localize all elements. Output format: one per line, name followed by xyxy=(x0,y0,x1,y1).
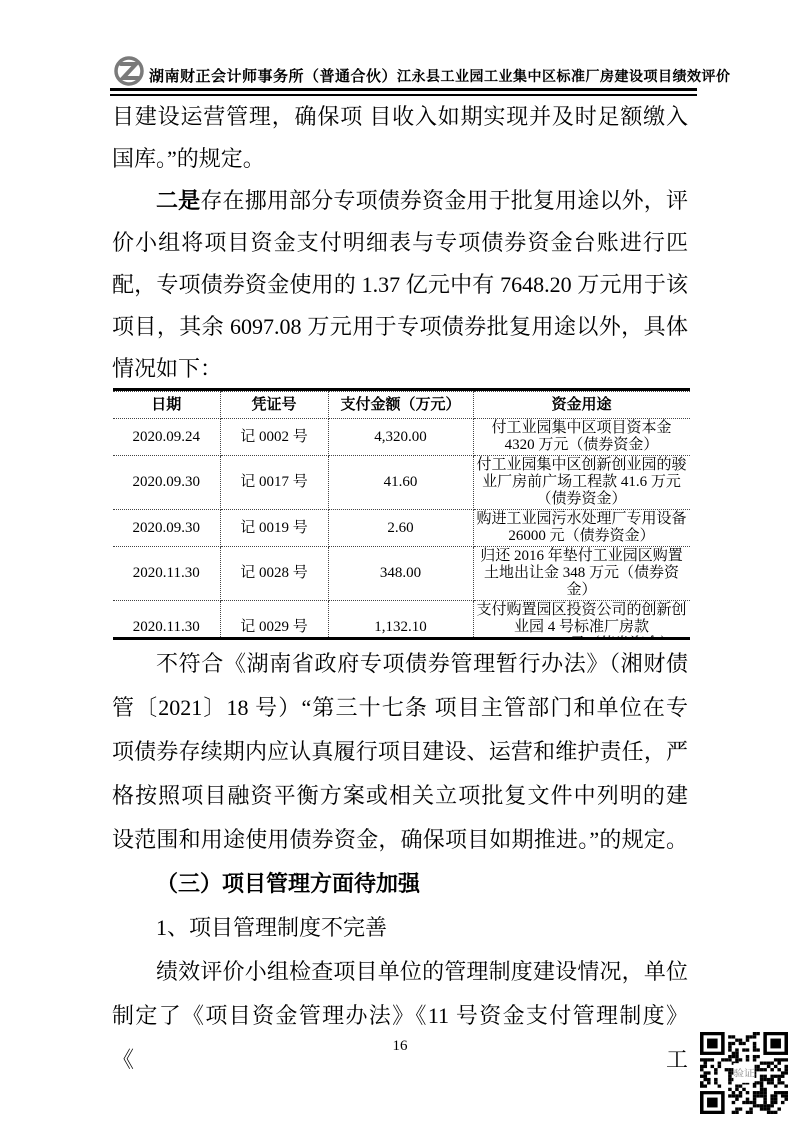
table-cell: 2020.09.30 xyxy=(113,456,220,510)
table-cell: 记 0019 号 xyxy=(220,510,328,547)
paragraph-line-4: 价小组将项目资金支付明细表与专项债券资金台账进行匹 xyxy=(112,222,688,264)
paragraph-line-2: 管〔2021〕18 号）“第三十七条 项目主管部门和单位在专 xyxy=(112,686,688,730)
payment-detail-table-wrap: 日期凭证号支付金额（万元）资金用途2020.09.24记 0002 号4,320… xyxy=(113,388,690,640)
table-cell: 支付购置园区投资公司的创新创业园 4 号标准厂房款 11320994.66 元（… xyxy=(473,601,690,641)
table-header-row: 日期凭证号支付金额（万元）资金用途 xyxy=(113,392,690,419)
table-header-cell-4: 资金用途 xyxy=(473,392,690,419)
paragraph-line-3: 二是存在挪用部分专项债券资金用于批复用途以外，评 xyxy=(112,180,688,222)
body-text-block-2: 不符合《湖南省政府专项债券管理暂行办法》（湘财债管〔2021〕18 号）“第三十… xyxy=(112,642,688,1082)
table-header-cell-3: 支付金额（万元） xyxy=(328,392,473,419)
table-cell: 记 0002 号 xyxy=(220,419,328,456)
table-cell: 购进工业园污水处理厂专用设备 26000 元（债券资金） xyxy=(473,510,690,547)
firm-name: 湖南财正会计师事务所（普通合伙） xyxy=(149,65,397,88)
paragraph-line-6: 项目，其余 6097.08 万元用于专项债券批复用途以外，具体 xyxy=(112,306,688,348)
table-cell: 付工业园集中区项目资本金 4320 万元（债券资金） xyxy=(473,419,690,456)
qr-center-label: 验证 xyxy=(733,1067,754,1080)
table-cell: 2020.11.30 xyxy=(113,547,220,601)
paragraph-line-1: 目建设运营管理，确保项 目收入如期实现并及时足额缴入 xyxy=(112,96,688,138)
table-row-2: 2020.09.30记 0017 号41.60付工业园集中区创新创业园的骏业厂房… xyxy=(113,456,690,510)
bold-lead-text: 二是 xyxy=(156,188,200,213)
table-row-4: 2020.11.30记 0028 号348.00归还 2016 年垫付工业园区购… xyxy=(113,547,690,601)
paragraph-line-1: 不符合《湖南省政府专项债券管理暂行办法》（湘财债 xyxy=(112,642,688,686)
table-row-3: 2020.09.30记 0019 号2.60购进工业园污水处理厂专用设备 260… xyxy=(113,510,690,547)
document-page: 湖南财正会计师事务所（普通合伙） 江永县工业园工业集中区标准厂房建设项目绩效评价… xyxy=(0,0,793,1122)
verification-qr-code: 验证 xyxy=(700,1032,788,1114)
report-title: 江永县工业园工业集中区标准厂房建设项目绩效评价 xyxy=(397,66,731,88)
paragraph-line-4: 格按照项目融资平衡方案或相关立项批复文件中列明的建 xyxy=(112,774,688,818)
table-cell: 2.60 xyxy=(328,510,473,547)
table-cell: 1,132.10 xyxy=(328,601,473,641)
table-cell: 记 0029 号 xyxy=(220,601,328,641)
paragraph-line-2: 国库。”的规定。 xyxy=(112,138,688,180)
table-cell: 归还 2016 年垫付工业园区购置土地出让金 348 万元（债券资金） xyxy=(473,547,690,601)
header-divider xyxy=(110,88,697,96)
paragraph-line-3: 项债券存续期内应认真履行项目建设、运营和维护责任，严 xyxy=(112,730,688,774)
page-header: 湖南财正会计师事务所（普通合伙） 江永县工业园工业集中区标准厂房建设项目绩效评价 xyxy=(112,54,694,88)
table-cell: 2020.11.30 xyxy=(113,601,220,641)
firm-logo-icon xyxy=(112,54,146,88)
paragraph-line-6: （三）项目管理方面待加强 xyxy=(112,862,688,906)
table-cell: 记 0028 号 xyxy=(220,547,328,601)
table-cell: 348.00 xyxy=(328,547,473,601)
paragraph-line-7: 1、项目管理制度不完善 xyxy=(112,906,688,950)
paragraph-line-7: 情况如下： xyxy=(112,348,688,390)
table-cell: 付工业园集中区创新创业园的骏业厂房前广场工程款 41.6 万元（债券资金） xyxy=(473,456,690,510)
table-cell: 4,320.00 xyxy=(328,419,473,456)
payment-detail-table: 日期凭证号支付金额（万元）资金用途2020.09.24记 0002 号4,320… xyxy=(113,391,690,640)
body-text-block-1: 目建设运营管理，确保项 目收入如期实现并及时足额缴入国库。”的规定。二是存在挪用… xyxy=(112,96,688,390)
table-cell: 2020.09.30 xyxy=(113,510,220,547)
table-header-cell-2: 凭证号 xyxy=(220,392,328,419)
table-header-cell-1: 日期 xyxy=(113,392,220,419)
paragraph-line-5: 配，专项债券资金使用的 1.37 亿元中有 7648.20 万元用于该 xyxy=(112,264,688,306)
table-cell: 41.60 xyxy=(328,456,473,510)
paragraph-line-8: 绩效评价小组检查项目单位的管理制度建设情况，单位 xyxy=(112,950,688,994)
table-row-1: 2020.09.24记 0002 号4,320.00付工业园集中区项目资本金 4… xyxy=(113,419,690,456)
table-cell: 记 0017 号 xyxy=(220,456,328,510)
table-row-5: 2020.11.30记 0029 号1,132.10支付购置园区投资公司的创新创… xyxy=(113,601,690,641)
page-number: 16 xyxy=(112,1038,688,1055)
table-cell: 2020.09.24 xyxy=(113,419,220,456)
paragraph-line-5: 设范围和用途使用债券资金，确保项目如期推进。”的规定。 xyxy=(112,818,688,862)
